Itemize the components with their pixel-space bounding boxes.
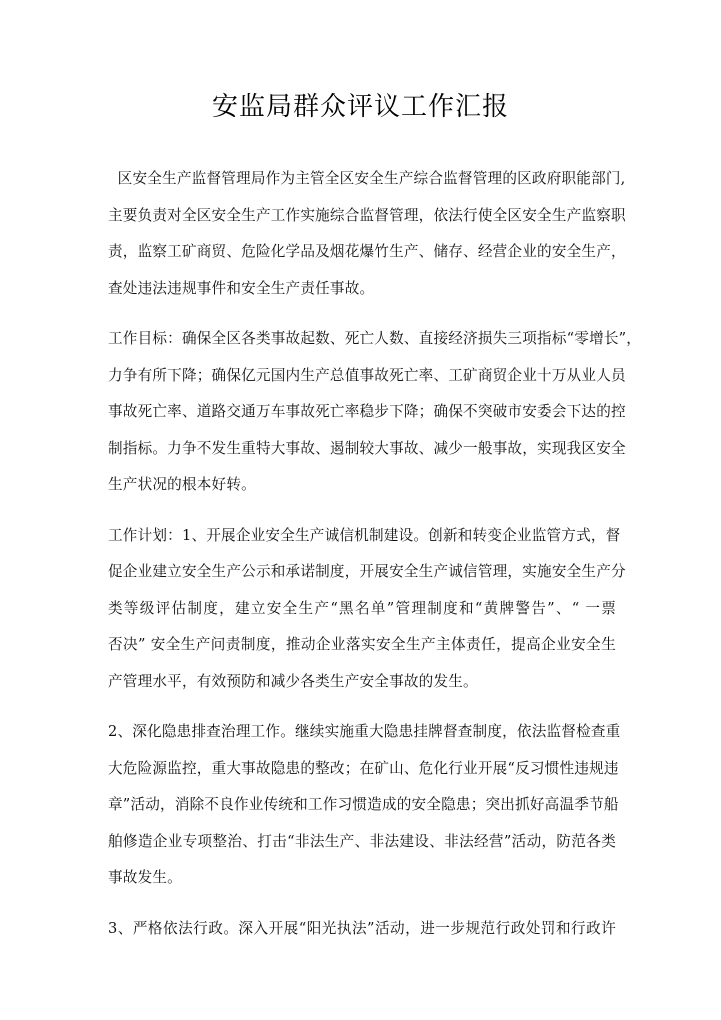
- text-line: 大危险源监控，重大事故隐患的整改；在矿山、危化行业开展“反习惯性违规违: [108, 758, 616, 795]
- text-line: 3、严格依法行政。深入开展“阳光执法”活动，进一步规范行政处罚和行政许: [108, 918, 616, 955]
- document-title: 安监局群众评议工作汇报: [0, 90, 721, 124]
- text-line: 力争有所下降；确保亿元国内生产总值事故死亡率、工矿商贸企业十万从业人员: [108, 365, 616, 402]
- text-line: 主要负责对全区安全生产工作实施综合监督管理，依法行使全区安全生产监察职: [108, 205, 616, 242]
- paragraph-work-plan-2: 2、深化隐患排查治理工作。继续实施重大隐患挂牌督查制度，依法监督检查重 大危险源…: [108, 721, 616, 904]
- text-line: 事故发生。: [108, 867, 616, 904]
- paragraph-work-plan-1: 工作计划：1、开展企业安全生产诚信机制建设。创新和转变企业监管方式，督 促企业建…: [108, 525, 616, 708]
- text-line: 产管理水平，有效预防和减少各类生产安全事故的发生。: [108, 671, 616, 708]
- paragraph-work-goals: 工作目标：确保全区各类事故起数、死亡人数、直接经济损失三项指标“零增长”， 力争…: [108, 328, 616, 511]
- text-line: 促企业建立安全生产公示和承诺制度，开展安全生产诚信管理，实施安全生产分: [108, 561, 616, 598]
- text-line: 事故死亡率、道路交通万车事故死亡率稳步下降；确保不突破市安委会下达的控: [108, 401, 616, 438]
- text-line: 生产状况的根本好转。: [108, 474, 616, 511]
- document-body: 区安全生产监督管理局作为主管全区安全生产综合监督管理的区政府职能部门, 主要负责…: [108, 168, 616, 968]
- text-line: 工作目标：确保全区各类事故起数、死亡人数、直接经济损失三项指标“零增长”，: [108, 328, 616, 365]
- document-page: 安监局群众评议工作汇报 区安全生产监督管理局作为主管全区安全生产综合监督管理的区…: [0, 0, 721, 1020]
- paragraph-intro: 区安全生产监督管理局作为主管全区安全生产综合监督管理的区政府职能部门, 主要负责…: [108, 168, 616, 314]
- text-line: 责，监察工矿商贸、危险化学品及烟花爆竹生产、储存、经营企业的安全生产，: [108, 241, 616, 278]
- text-line: 工作计划：1、开展企业安全生产诚信机制建设。创新和转变企业监管方式，督: [108, 525, 616, 562]
- paragraph-work-plan-3: 3、严格依法行政。深入开展“阳光执法”活动，进一步规范行政处罚和行政许: [108, 918, 616, 955]
- text-line: 舶修造企业专项整治、打击“非法生产、非法建设、非法经营”活动，防范各类: [108, 831, 616, 868]
- text-line: 章”活动，消除不良作业传统和工作习惯造成的安全隐患；突出抓好高温季节船: [108, 794, 616, 831]
- text-line: 区安全生产监督管理局作为主管全区安全生产综合监督管理的区政府职能部门,: [108, 168, 616, 205]
- text-line: 查处违法违规事件和安全生产责任事故。: [108, 278, 616, 315]
- text-line: 类等级评估制度，建立安全生产“黑名单”管理制度和“黄牌警告”、“ 一票: [108, 598, 616, 635]
- text-line: 否决” 安全生产问责制度，推动企业落实安全生产主体责任，提高企业安全生: [108, 634, 616, 671]
- text-line: 2、深化隐患排查治理工作。继续实施重大隐患挂牌督查制度，依法监督检查重: [108, 721, 616, 758]
- text-line: 制指标。力争不发生重特大事故、遏制较大事故、减少一般事故，实现我区安全: [108, 438, 616, 475]
